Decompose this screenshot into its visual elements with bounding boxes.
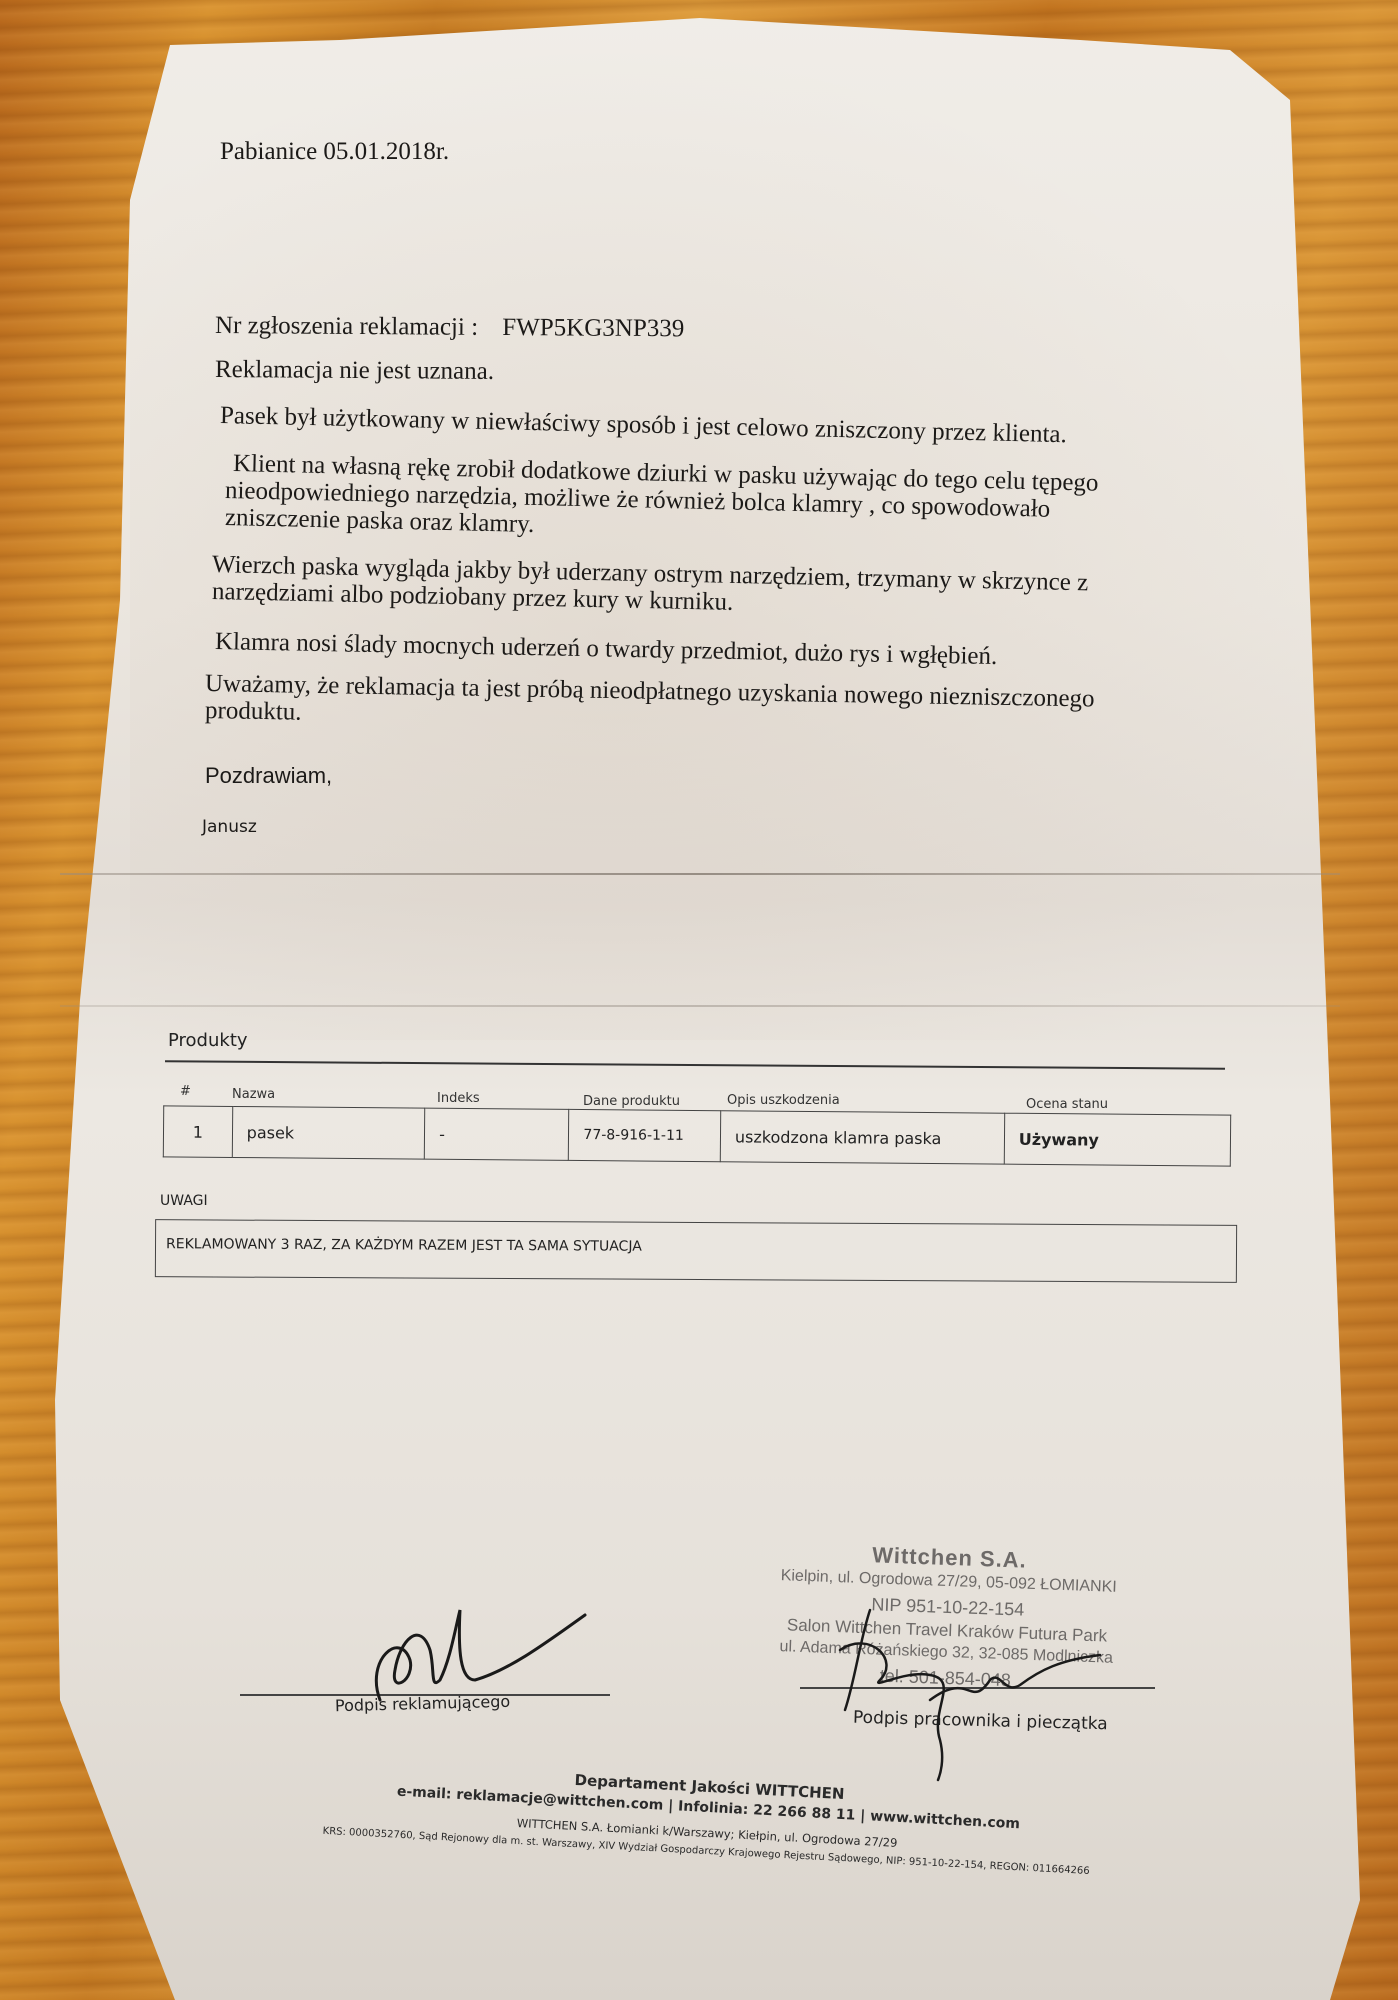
column-header: Opis uszkodzenia <box>727 1093 840 1108</box>
place-date: Pabianice 05.01.2018r. <box>220 138 449 166</box>
letter-paragraph-line: produktu. <box>205 697 302 727</box>
remarks-label: UWAGI <box>160 1193 208 1209</box>
table-cell: Używany <box>1004 1113 1231 1166</box>
products-section-title: Produkty <box>168 1030 248 1051</box>
paper-fold-crease <box>60 873 1340 875</box>
complaint-number: FWP5KG3NP339 <box>502 314 684 342</box>
paper-shadow <box>130 40 1330 1040</box>
column-header: Dane produktu <box>583 1094 680 1109</box>
column-header: # <box>180 1084 191 1099</box>
customer-signature-scribble <box>360 1600 590 1720</box>
column-header: Indeks <box>437 1091 480 1106</box>
table-cell: 77-8-916-1-11 <box>569 1109 721 1161</box>
table-cell: - <box>424 1108 569 1160</box>
paper-fold-crease-lower <box>60 1005 1340 1007</box>
column-header: Nazwa <box>232 1087 275 1102</box>
complaint-number-row: Nr zgłoszenia reklamacji : FWP5KG3NP339 <box>215 312 684 343</box>
table-cell: uszkodzona klamra paska <box>720 1111 1004 1164</box>
remarks-text: REKLAMOWANY 3 RAZ, ZA KAŻDYM RAZEM JEST … <box>166 1236 642 1254</box>
table-cell: pasek <box>232 1106 425 1159</box>
complaint-letter-paper <box>0 0 1398 2000</box>
verdict: Reklamacja nie jest uznana. <box>215 356 494 386</box>
complaint-number-label: Nr zgłoszenia reklamacji : <box>215 312 478 341</box>
signature-name: Janusz <box>202 817 257 837</box>
closing: Pozdrawiam, <box>205 763 332 789</box>
remarks-box: REKLAMOWANY 3 RAZ, ZA KAŻDYM RAZEM JEST … <box>155 1219 1237 1283</box>
table-cell: 1 <box>163 1106 232 1158</box>
employee-signature-scribble <box>830 1600 1110 1780</box>
products-table: 1pasek-77-8-916-1-11uszkodzona klamra pa… <box>163 1105 1231 1166</box>
column-header: Ocena stanu <box>1026 1097 1108 1112</box>
table-row: 1pasek-77-8-916-1-11uszkodzona klamra pa… <box>163 1106 1230 1166</box>
